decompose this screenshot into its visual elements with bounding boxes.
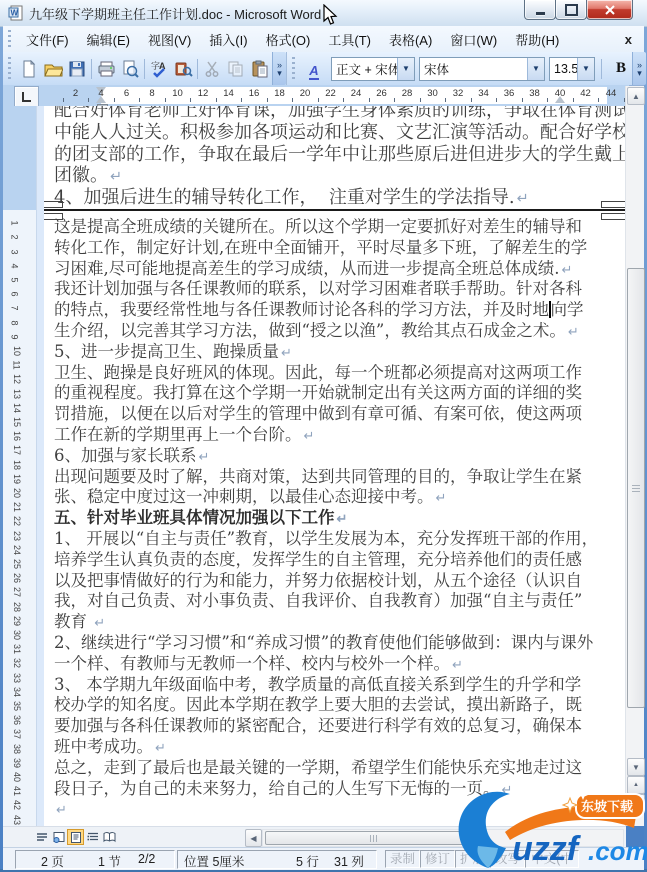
ruler-tick: [216, 98, 217, 102]
ruler-tick: [420, 98, 421, 102]
document-line[interactable]: 的特点，我要经常性地与各任课教师讨论各科的学习方法，并及时地向学: [54, 299, 584, 320]
outline-view-button[interactable]: [84, 829, 101, 845]
left-arrow-icon: ◀: [250, 834, 256, 843]
font-size-combobox[interactable]: 13.5 ▼: [549, 57, 595, 81]
menu-grip-handle[interactable]: [8, 30, 11, 48]
ruler-number: 25: [12, 559, 22, 569]
document-line[interactable]: 校办学的知名度。因此本学期在教学上要大胆的去尝试，摸出新路子，既: [54, 694, 582, 715]
ruler-tick: [598, 98, 599, 102]
down-arrow-icon: ▼: [632, 763, 640, 772]
ruler-number: 18: [274, 88, 285, 99]
ruler-number: 13: [12, 389, 22, 399]
style-combobox[interactable]: 正文 + 宋体 ▼: [331, 57, 415, 81]
document-line[interactable]: ↵: [54, 798, 67, 819]
ruler-number: 40: [12, 772, 22, 782]
menu-item-7[interactable]: 窗口(W): [441, 27, 506, 52]
menu-item-5[interactable]: 工具(T): [319, 27, 380, 52]
overtype-mode[interactable]: 改写: [490, 850, 525, 868]
close-button[interactable]: [586, 0, 633, 20]
document-line[interactable]: 教育 ↵: [54, 611, 105, 632]
status-bar: 2 页1 节2/2位置 5厘米5 行31 列录制修订扩展改写中文(中: [3, 847, 644, 870]
document-page[interactable]: 配合好体育老师上好体育课，加强学生身体素质的训练，争取在体育测试中能人人过关。积…: [44, 106, 629, 826]
extend-selection-mode[interactable]: 扩展: [455, 850, 490, 868]
ruler-number: 11: [12, 361, 22, 370]
menu-item-3[interactable]: 插入(I): [200, 27, 256, 52]
ruler-tick: [267, 98, 268, 102]
menu-item-1[interactable]: 编辑(E): [78, 27, 139, 52]
research-button[interactable]: [171, 57, 195, 81]
horizontal-ruler[interactable]: 2468101214161820222426283032343638404244: [44, 85, 629, 106]
ruler-number: 26: [376, 88, 387, 99]
menu-items: 文件(F)编辑(E)视图(V)插入(I)格式(O)工具(T)表格(A)窗口(W)…: [17, 27, 568, 52]
ruler-number: 12: [198, 88, 209, 99]
window-controls: [525, 0, 633, 20]
paste-icon: [251, 60, 269, 78]
ruler-number: 41: [12, 786, 22, 796]
page-left-edge: [37, 106, 44, 826]
scroll-up-button[interactable]: ▲: [627, 87, 645, 105]
document-line[interactable]: 的重视程度。我打算在这个学期一开始就制定出有关这两方面的详细的奖: [54, 382, 582, 403]
ruler-tick: [292, 98, 293, 102]
previous-page-button[interactable]: ▲: [627, 776, 645, 794]
ruler-number: 2: [73, 88, 78, 99]
ruler-number: 4: [10, 263, 20, 268]
ruler-tick: [114, 98, 115, 102]
paragraph-mark: ↵: [517, 191, 529, 207]
paragraph-mark: ↵: [110, 169, 122, 185]
ruler-number: 36: [504, 88, 515, 99]
ruler-number: 8: [10, 320, 20, 325]
ruler-tick: [88, 98, 89, 102]
ruler-number: 42: [12, 800, 22, 810]
status-panel-page: 2 页1 节2/2: [15, 850, 175, 869]
document-line[interactable]: 的团支部的工作，争取在最后一学年中让那些原后进但进步大的学生戴上: [54, 144, 629, 166]
ruler-number: 26: [12, 573, 22, 583]
view-buttons: [33, 829, 118, 845]
ruler-number: 44: [606, 88, 617, 99]
font-size-dropdown-arrow[interactable]: ▼: [577, 58, 594, 80]
ruler-tick: [343, 98, 344, 102]
ruler-tick: [165, 98, 166, 102]
ruler-number: 23: [12, 531, 22, 541]
paragraph-mark: ↵: [562, 262, 573, 277]
ruler-row: 2468101214161820222426283032343638404244: [3, 85, 629, 106]
ruler-number: 5: [10, 277, 20, 282]
word-document-icon: W: [8, 5, 24, 21]
ruler-number: 28: [12, 602, 22, 612]
ruler-number: 16: [12, 431, 22, 441]
paragraph-mark: ↵: [436, 490, 447, 505]
paragraph-mark: ↵: [281, 345, 292, 360]
ruler-number: 24: [351, 88, 362, 99]
page-boundary-cap: [601, 201, 627, 208]
ruler-number: 29: [12, 616, 22, 626]
page-boundary-line: [44, 209, 629, 211]
paragraph-mark: ↵: [502, 782, 513, 797]
horizontal-scrollbar-row: ◀: [3, 826, 626, 848]
paste-button[interactable]: [248, 57, 272, 81]
document-line[interactable]: 3、 本学期九年级面临中考，教学质量的高低直接关系到学生的升学和学: [54, 674, 581, 695]
ruler-tick: [445, 98, 446, 102]
document-line[interactable]: 一个样、有教师与无教师一个样、校内与校外一个样。↵: [54, 653, 463, 674]
ruler-tick: [190, 98, 191, 102]
scroll-left-button[interactable]: ◀: [245, 829, 262, 847]
thumb-grip-icon: [370, 835, 379, 842]
ruler-number: 38: [529, 88, 540, 99]
status-page-of-total: 2/2: [138, 852, 155, 866]
paragraph-mark: ↵: [94, 615, 105, 630]
ruler-tick: [496, 98, 497, 102]
document-line[interactable]: 生介绍，以完善其学习方法，做到“授之以渔”，教给其点石成金之术。↵: [54, 320, 579, 341]
document-line[interactable]: 段日子，为自己的未来努力，给自己的人生写下无悔的一页。↵: [54, 778, 513, 799]
document-line[interactable]: 班中考成功。↵: [54, 736, 166, 757]
font-size-value: 13.5: [550, 62, 577, 76]
ruler-number: 40: [555, 88, 566, 99]
normal-view-icon: [36, 832, 48, 843]
paragraph-mark: ↵: [452, 657, 463, 672]
new-document-icon: [20, 60, 38, 78]
text-cursor: [549, 301, 551, 318]
ruler-number: 42: [580, 88, 591, 99]
chevron-down-icon: ▾: [637, 69, 642, 77]
document-line[interactable]: 我，对自己负责、对小事负责、自我评价、自我教育）加强“自主与责任”: [54, 590, 582, 611]
horizontal-scrollbar-track[interactable]: [262, 829, 624, 847]
minimize-icon: [536, 12, 545, 15]
font-dropdown-arrow[interactable]: ▼: [527, 58, 544, 80]
document-line[interactable]: 中能人人过关。积极参加各项运动和比赛、文艺汇演等活动。配合好学校: [54, 122, 629, 144]
chevron-down-icon: ▾: [277, 69, 282, 77]
ruler-tick: [573, 98, 574, 102]
status-column-indicator: 31 列: [334, 852, 364, 870]
standard-toolbar-buttons: 字A: [17, 57, 272, 81]
macro-record-mode[interactable]: 录制: [385, 850, 420, 868]
status-section-number: 1 节: [98, 852, 121, 870]
browse-ball-icon: ●: [634, 800, 638, 807]
ruler-tick: [394, 98, 395, 102]
standard-toolbar: 字A » ▾: [3, 52, 287, 85]
document-line[interactable]: 4、加强后进生的辅导转化工作， 注重对学生的学法指导.↵: [54, 187, 529, 209]
font-combobox[interactable]: 宋体 ▼: [419, 57, 545, 81]
ruler-number: 38: [12, 744, 22, 754]
ruler-tick: [318, 98, 319, 102]
ruler-number: 24: [12, 545, 22, 555]
open-folder-icon: [44, 60, 63, 78]
ruler-number: 21: [12, 502, 22, 512]
ruler-number: 3: [10, 249, 20, 254]
web-layout-view-icon: [53, 832, 65, 843]
ruler-number: 4: [98, 88, 103, 99]
ruler-number: 34: [478, 88, 489, 99]
paragraph-mark: ↵: [56, 802, 67, 817]
outline-view-icon: [87, 832, 99, 843]
document-line[interactable]: 工作在新的学期里再上一个台阶。↵: [54, 424, 315, 445]
ruler-tick: [471, 98, 472, 102]
document-line[interactable]: 要加强与各科任课教师的紧密配合，还要进行科学有效的总复习，确保本: [54, 715, 582, 736]
ruler-number: 9: [10, 334, 20, 339]
vertical-ruler[interactable]: 1234567891011121314151617181920212223242…: [3, 106, 37, 826]
print-icon: [97, 60, 116, 78]
document-line[interactable]: 卫生、跑操是良好班风的体现。因此，每一个班都必须提高对这两项工作: [54, 362, 582, 383]
ruler-number: 10: [12, 346, 22, 356]
track-changes-mode[interactable]: 修订: [420, 850, 455, 868]
spelling-grammar-icon: 字A: [150, 60, 169, 78]
document-line[interactable]: 转化工作，制定好计划,在班中全面铺开，平时尽量多下班，了解差生的学: [54, 237, 587, 258]
document-line[interactable]: 这是提高全班成绩的关键所在。所以这个学期一定要抓好对差生的辅导和: [54, 216, 582, 237]
maximize-icon: [565, 4, 578, 16]
paragraph-mark: ↵: [155, 740, 166, 755]
reading-layout-view-button[interactable]: [101, 829, 118, 845]
ruler-number: 28: [402, 88, 413, 99]
toolbar-separator: [91, 59, 92, 79]
scroll-down-button[interactable]: ▼: [627, 758, 645, 776]
cut-icon: [204, 60, 220, 78]
reading-layout-view-icon: [103, 832, 116, 843]
ruler-number: 16: [249, 88, 260, 99]
close-icon: [605, 5, 615, 15]
copy-icon: [227, 60, 245, 78]
document-line[interactable]: 五、针对毕业班具体情况加强以下工作↵: [54, 507, 348, 528]
print-layout-view-button[interactable]: [67, 829, 84, 845]
toolbar-separator: [601, 59, 602, 79]
word-window: W 九年级下学期班主任工作计划.doc - Microsoft Word 文件(…: [0, 0, 647, 872]
formatting-toolbar-grip[interactable]: [292, 57, 295, 80]
open-folder-button[interactable]: [41, 57, 65, 81]
ruler-number: 30: [12, 630, 22, 640]
status-position-indicator: 位置 5厘米: [184, 852, 244, 870]
horizontal-scrollbar-thumb[interactable]: [265, 831, 482, 845]
formatting-toolbar-options-chevron[interactable]: » ▾: [632, 52, 646, 85]
ruler-tick: [547, 98, 548, 102]
menu-item-0[interactable]: 文件(F): [17, 27, 78, 52]
ruler-number: 31: [12, 644, 22, 654]
save-button[interactable]: [65, 57, 89, 81]
toolbar-row: 字A » ▾ A 正文 + 宋体 ▼ 宋体 ▼ 13.5 ▼: [3, 52, 644, 86]
menu-item-8[interactable]: 帮助(H): [506, 27, 568, 52]
ruler-number: 32: [12, 658, 22, 668]
font-value: 宋体: [420, 60, 527, 78]
ruler-number: 20: [300, 88, 311, 99]
ruler-number: 39: [12, 758, 22, 768]
menu-item-4[interactable]: 格式(O): [257, 27, 320, 52]
ruler-tick: [522, 98, 523, 102]
vertical-scrollbar[interactable]: ▲ ▼ ▲ ●: [625, 86, 644, 826]
normal-view-button[interactable]: [33, 829, 50, 845]
vertical-ruler-margin-block: [3, 106, 36, 210]
vertical-scrollbar-thumb[interactable]: [627, 268, 645, 708]
tab-selector[interactable]: [14, 86, 39, 107]
standard-toolbar-options-chevron[interactable]: » ▾: [272, 52, 286, 85]
ruler-number: 10: [172, 88, 183, 99]
ruler-number: 22: [325, 88, 336, 99]
document-line[interactable]: 5、进一步提高卫生、跑操质量↵: [54, 341, 292, 362]
status-page-number: 2 页: [41, 852, 64, 870]
document-line[interactable]: 以及把事情做好的行为和能力，并努力依据校计划，从五个途径（认识自: [54, 570, 582, 591]
ruler-number: 43: [12, 815, 22, 825]
cut-button[interactable]: [200, 57, 224, 81]
print-preview-button[interactable]: [118, 57, 142, 81]
thumb-grip-icon: [632, 485, 640, 492]
research-icon: [174, 60, 193, 78]
new-document-button[interactable]: [17, 57, 41, 81]
ruler-number: 2: [10, 235, 20, 240]
document-line[interactable]: 我还计划加强与各任课教师的联系，以对学习困难者联手帮助。针对各科: [54, 278, 582, 299]
ruler-number: 20: [12, 488, 22, 498]
toolbar-separator: [197, 59, 198, 79]
ruler-number: 6: [10, 292, 20, 297]
document-line[interactable]: 罚措施，以便在以后对学生的管理中做到有章可循、有案可依，使这两项: [54, 403, 582, 424]
bold-button[interactable]: B: [610, 58, 632, 80]
document-line[interactable]: 培养学生认真负责的态度，发挥学生的自主管理，充分培养他们的责任感: [54, 549, 582, 570]
ruler-number: 22: [12, 516, 22, 526]
paragraph-mark: ↵: [304, 428, 315, 443]
window-title: 九年级下学期班主任工作计划.doc - Microsoft Word: [29, 4, 321, 23]
spelling-grammar-button[interactable]: 字A: [147, 57, 171, 81]
ruler-tick: [369, 98, 370, 102]
ruler-number: 27: [12, 587, 22, 597]
ruler-number: 1: [10, 221, 20, 226]
document-line[interactable]: 团徽。↵: [54, 165, 122, 187]
document-line[interactable]: 习困难,尽可能地提高差生的学习成绩，从而进一步提高全班总体成绩.↵: [54, 258, 573, 279]
document-close-button[interactable]: x: [621, 32, 636, 47]
left-tab-icon: [22, 92, 31, 102]
style-value: 正文 + 宋体: [332, 60, 397, 78]
document-line[interactable]: 2、继续进行“学习习惯”和“养成习惯”的教育使他们能够做到：课内与课外: [54, 632, 593, 653]
document-line[interactable]: 总之，走到了最后也是最关键的一学期，希望学生们能快乐充实地走过这: [54, 757, 582, 778]
paragraph-mark: ↵: [199, 449, 210, 464]
ruler-number: 33: [12, 673, 22, 683]
ruler-number: 15: [12, 417, 22, 427]
mouse-cursor: [322, 4, 338, 26]
ruler-number: 6: [124, 88, 129, 99]
select-browse-object-button[interactable]: ●: [627, 794, 645, 812]
formatting-toolbar: A 正文 + 宋体 ▼ 宋体 ▼ 13.5 ▼ B » ▾: [287, 52, 646, 85]
web-layout-view-button[interactable]: [50, 829, 67, 845]
ruler-tick: [139, 98, 140, 102]
ruler-number: 7: [10, 306, 20, 311]
toolbar-separator: [144, 59, 145, 79]
document-line[interactable]: 配合好体育老师上好体育课，加强学生身体素质的训练，争取在体育测试: [54, 106, 629, 122]
maximize-button[interactable]: [555, 0, 587, 20]
styles-and-formatting-button[interactable]: A: [303, 58, 325, 80]
ruler-tick: [63, 98, 64, 102]
ruler-number: 36: [12, 715, 22, 725]
document-line[interactable]: 张、稳定中度过这一冲刺期，以最佳心态迎接中考。↵: [54, 486, 447, 507]
ruler-tick: [241, 98, 242, 102]
ruler-number: 19: [12, 474, 22, 484]
svg-text:W: W: [11, 9, 19, 18]
paragraph-mark: ↵: [568, 324, 579, 339]
document-line[interactable]: 6、加强与家长联系↵: [54, 445, 210, 466]
ruler-number: 30: [427, 88, 438, 99]
document-line[interactable]: 出现问题要及时了解，共商对策，达到共同管理的目的，争取让学生在紧: [54, 466, 582, 487]
ruler-number: 32: [453, 88, 464, 99]
menu-item-6[interactable]: 表格(A): [380, 27, 441, 52]
document-line[interactable]: 1、 开展以“自主与责任”教育，以学生发展为本，充分发挥班干部的作用，: [54, 528, 598, 549]
ruler-number: 17: [12, 445, 22, 455]
double-up-arrow-icon: ▲: [633, 783, 639, 787]
copy-button[interactable]: [224, 57, 248, 81]
up-arrow-icon: ▲: [632, 92, 640, 101]
print-layout-view-icon: [70, 832, 82, 843]
ruler-number: 18: [12, 460, 22, 470]
standard-toolbar-grip[interactable]: [8, 57, 11, 80]
paragraph-mark: ↵: [337, 511, 348, 526]
ruler-number: 37: [12, 729, 22, 739]
ruler-number: 34: [12, 687, 22, 697]
minimize-button[interactable]: [524, 0, 556, 20]
styles-aa-icon: A: [309, 64, 318, 80]
ruler-number: 8: [149, 88, 154, 99]
menu-bar: 文件(F)编辑(E)视图(V)插入(I)格式(O)工具(T)表格(A)窗口(W)…: [3, 26, 644, 53]
ruler-number: 12: [12, 374, 22, 384]
menu-item-2[interactable]: 视图(V): [139, 27, 200, 52]
document-area[interactable]: 1234567891011121314151617181920212223242…: [3, 106, 629, 826]
status-panel-position: 位置 5厘米5 行31 列: [177, 850, 377, 869]
ruler-number: 14: [12, 403, 22, 413]
print-preview-icon: [121, 60, 139, 78]
language-indicator[interactable]: 中文(中: [525, 850, 579, 868]
ruler-number: 35: [12, 701, 22, 711]
ruler-number: 14: [223, 88, 234, 99]
print-button[interactable]: [94, 57, 118, 81]
status-line-indicator: 5 行: [296, 852, 319, 870]
style-dropdown-arrow[interactable]: ▼: [397, 58, 414, 80]
page-boundary-cap: [601, 213, 627, 220]
save-icon: [68, 60, 86, 78]
